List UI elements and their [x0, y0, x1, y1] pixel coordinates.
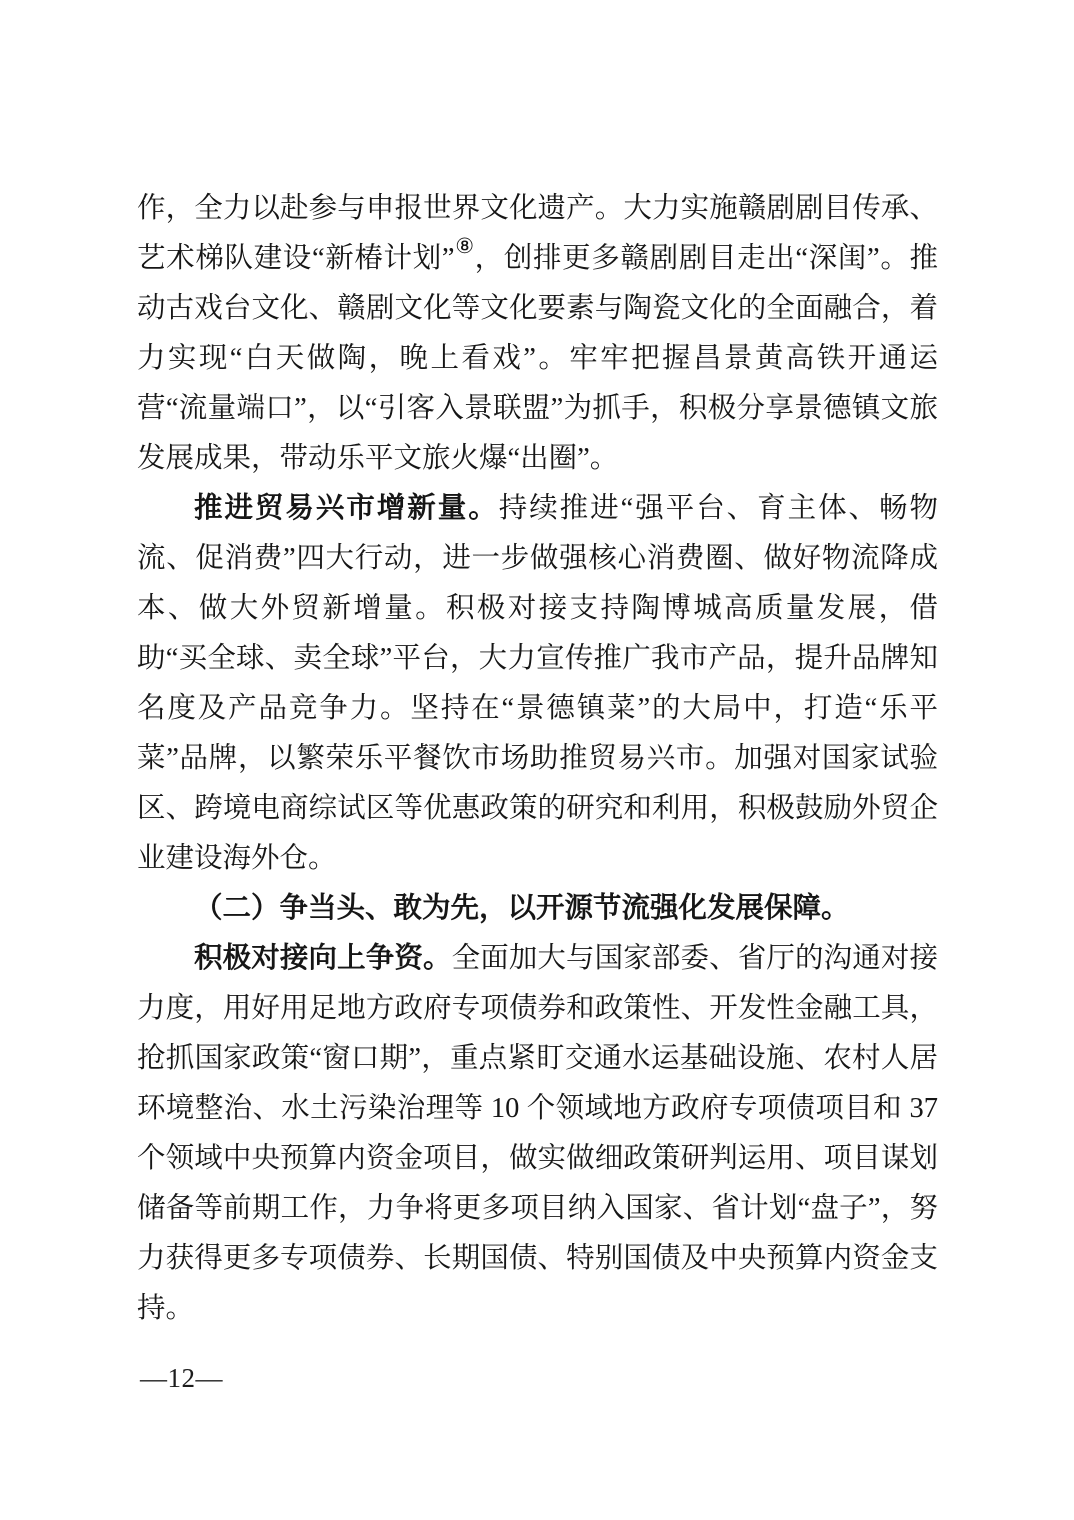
paragraph-lead: 推进贸易兴市增新量。	[194, 493, 499, 524]
paragraph-text: 全面加大与国家部委、省厅的沟通对接力度，用好用足地方政府专项债券和政策性、开发性…	[137, 943, 938, 1324]
paragraph-text: ，创排更多赣剧剧目走出“深闺”。推动古戏台文化、赣剧文化等文化要素与陶瓷文化的全…	[137, 243, 938, 474]
paragraph-funding: 积极对接向上争资。全面加大与国家部委、省厅的沟通对接力度，用好用足地方政府专项债…	[137, 934, 938, 1334]
section-heading: （二）争当头、敢为先，以开源节流强化发展保障。	[137, 884, 938, 934]
paragraph-trade: 推进贸易兴市增新量。持续推进“强平台、育主体、畅物流、促消费”四大行动，进一步做…	[137, 484, 938, 884]
footnote-marker-8: ⑧	[455, 234, 475, 258]
document-page: 作，全力以赴参与申报世界文化遗产。大力实施赣剧剧目传承、艺术梯队建设“新椿计划”…	[0, 0, 1074, 1520]
paragraph-continuation: 作，全力以赴参与申报世界文化遗产。大力实施赣剧剧目传承、艺术梯队建设“新椿计划”…	[137, 184, 938, 484]
paragraph-text: 持续推进“强平台、育主体、畅物流、促消费”四大行动，进一步做强核心消费圈、做好物…	[137, 493, 938, 874]
section-heading-text: （二）争当头、敢为先，以开源节流强化发展保障。	[194, 893, 850, 924]
paragraph-lead: 积极对接向上争资。	[194, 943, 452, 974]
page-number: —12—	[140, 1358, 223, 1398]
document-body: 作，全力以赴参与申报世界文化遗产。大力实施赣剧剧目传承、艺术梯队建设“新椿计划”…	[137, 184, 938, 1334]
